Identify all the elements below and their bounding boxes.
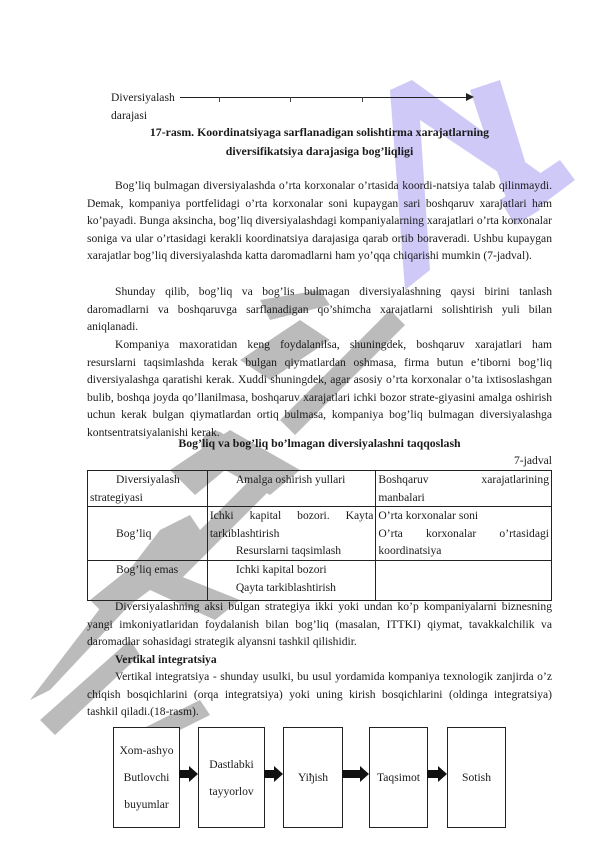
axis-tick [290, 97, 291, 102]
axis-label: Diversiyalash darajasi [111, 89, 175, 124]
caption-line2: diversifikatsiya darajasiga bog’liqligi [87, 142, 552, 161]
x-axis-line [180, 97, 468, 98]
table-header-cell: Diversiyalash strategiyasi [88, 471, 208, 507]
table-cell [376, 560, 552, 600]
axis-tick [362, 97, 363, 102]
section-heading: Vertikal integratsiya [115, 651, 217, 669]
table-title: Bog’liq va bog’liq bo’lmagan diversiyala… [87, 435, 552, 452]
arrow-right-icon [342, 770, 369, 778]
table-cell: Ichki kapital bozori. Kayta tarkiblashti… [207, 507, 376, 561]
axis-tick [219, 97, 220, 102]
arrow-right-icon [179, 770, 198, 778]
table-cell: O’rta korxonalar soni O’rta korxonalar o… [376, 507, 552, 561]
flow-box-preparation: Dastlabki tayyorlov [198, 727, 265, 828]
table-header-row: Diversiyalash strategiyasi Amalga oshiri… [88, 471, 552, 507]
paragraph: Shunday qilib, bog’liq va bog’lis bulmag… [87, 283, 552, 336]
axis-label-line2: darajasi [111, 107, 175, 125]
table-cell: Bog’liq [88, 507, 208, 561]
paragraph: Diversiyalashning aksi bulgan strategiya… [87, 598, 552, 651]
flow-box-raw-materials: Xom-ashyo Butlovchi buyumlar [113, 727, 180, 828]
arrow-right-icon [264, 770, 283, 778]
axis-arrow-icon [466, 93, 474, 101]
table-header-cell: Amalga oshirish yullari [207, 471, 376, 507]
flow-box-sales: Sotish [447, 727, 506, 828]
paragraph: Bog’liq bulmagan diversiyalashda o’rta k… [87, 177, 552, 265]
flow-box-assembly: Yiђish [283, 727, 343, 828]
table-cell: Ichki kapital bozori Qayta tarkiblashtir… [207, 560, 376, 600]
axis-label-line1: Diversiyalash [111, 89, 175, 107]
paragraph: Vertikal integratsiya - shunday usulki, … [87, 668, 552, 721]
arrow-right-icon [427, 770, 447, 778]
table-cell: Bog’liq emas [88, 560, 208, 600]
table-row: Bog’liq emas Ichki kapital bozori Qayta … [88, 560, 552, 600]
caption-line1: 17-rasm. Koordinatsiyaga sarflanadigan s… [87, 123, 552, 142]
comparison-table: Diversiyalash strategiyasi Amalga oshiri… [87, 470, 552, 601]
figure-17-caption: 17-rasm. Koordinatsiyaga sarflanadigan s… [87, 123, 552, 161]
paragraph: Kompaniya maxoratidan keng foydalanilsa,… [87, 336, 552, 442]
table-label: 7-jadval [514, 452, 552, 470]
flow-box-distribution: Taqsimot [369, 727, 428, 828]
table-row: Bog’liq Ichki kapital bozori. Kayta tark… [88, 507, 552, 561]
table-header-cell: Boshqaruv xarajatlarining manbalari [376, 471, 552, 507]
